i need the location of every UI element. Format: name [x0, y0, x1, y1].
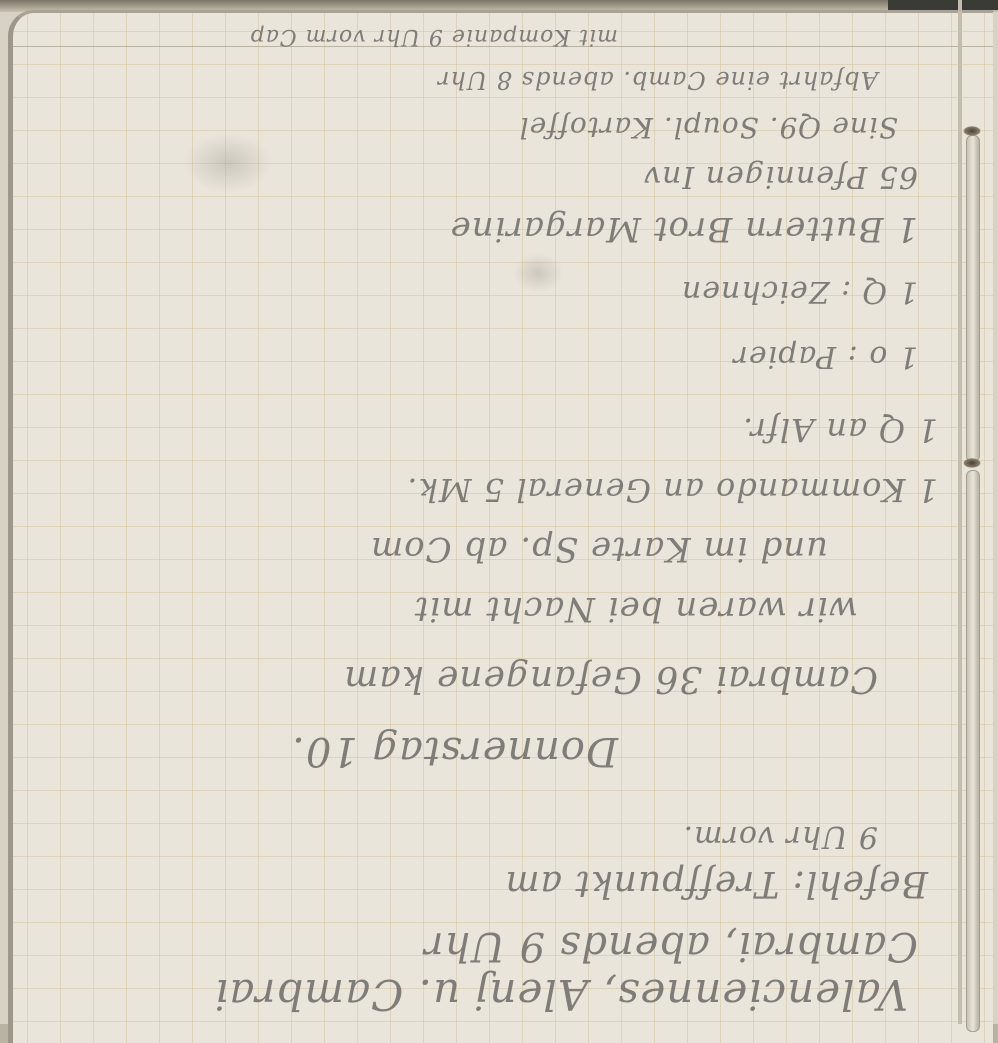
handwritten-line: und im Karte Sp. ab Com [370, 529, 828, 569]
handwritten-line: wir waren bei Nacht mit [414, 589, 858, 629]
handwritten-line: 1 o : Papier [733, 339, 918, 374]
handwritten-line: Cambrai, abends 9 Uhr [423, 923, 918, 969]
handwritten-line: 9 Uhr vorm. [683, 819, 878, 854]
notebook-photo: Valenciennes, Alenj u. Cambrai Cambrai, … [0, 0, 998, 1024]
handwritten-line: Donnerstag 10. [291, 728, 618, 774]
handwritten-line: Sine Q9. Soupl. Kartoffel [519, 111, 898, 144]
handwritten-line: Befehl: Treffpunkt am [504, 863, 928, 904]
handwritten-line: Abfahrt eine Camb. abends 8 Uhr [437, 66, 878, 94]
handwritten-line: 1 Kommando an General 5 Mk. [406, 471, 938, 509]
handwriting-area: Valenciennes, Alenj u. Cambrai Cambrai, … [0, 0, 998, 1024]
handwritten-line: mit Kompanie 9 Uhr vorm Cap [250, 24, 618, 49]
handwritten-line: Cambrai 36 Gefangene kam [343, 658, 878, 699]
handwritten-line: Valenciennes, Alenj u. Cambrai [214, 970, 908, 1019]
handwritten-line: 1 Q an Alfr. [742, 411, 938, 449]
handwritten-line: 1 Q : Zeichnen [681, 274, 918, 309]
handwritten-line: 1 Buttern Brot Margarine [450, 209, 918, 249]
handwritten-line: 65 Pfennigen Inv [643, 159, 918, 194]
